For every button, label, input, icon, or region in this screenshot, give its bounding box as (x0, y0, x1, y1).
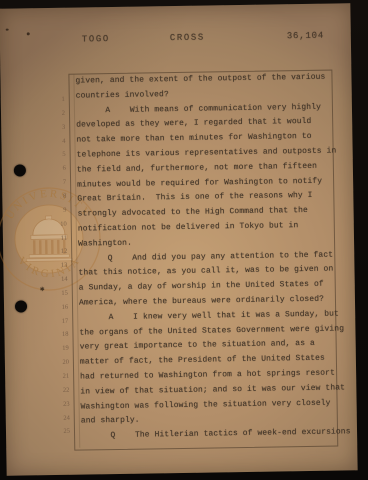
transcript-line: and sharply. (81, 416, 140, 428)
header-page-number: 36,104 (287, 31, 324, 42)
line-number: 18 (52, 331, 68, 338)
transcript-text-block: given, and the extent of the outpost of … (0, 3, 350, 9)
line-number: 25 (54, 428, 70, 435)
line-number: 2 (49, 110, 65, 117)
line-number: 15 (52, 290, 68, 297)
transcript-line: Washington. (78, 239, 132, 251)
line-number: 14 (52, 276, 68, 283)
scanner-background: TOGO CROSS 36,104 UNIVERSITY VIRGINIA (0, 0, 368, 480)
line-number: 21 (53, 373, 69, 380)
header-proceeding-type: CROSS (170, 33, 205, 44)
line-number: 19 (53, 345, 69, 352)
line-number: 23 (54, 400, 70, 407)
line-number: 1 (49, 96, 65, 103)
document-page: TOGO CROSS 36,104 UNIVERSITY VIRGINIA (0, 3, 358, 475)
line-number: 6 (50, 165, 66, 172)
line-number: 4 (49, 137, 65, 144)
punch-hole-bottom (15, 300, 27, 312)
line-number: 17 (52, 317, 68, 324)
line-number: 11 (51, 234, 67, 241)
line-number: 16 (52, 303, 68, 310)
line-number: 3 (49, 123, 65, 130)
line-number: 22 (53, 387, 69, 394)
line-number: 10 (51, 220, 67, 227)
line-number: 13 (51, 262, 67, 269)
line-number: 7 (50, 179, 66, 186)
pencil-asterisk-mark: ✱ (40, 286, 45, 293)
header-witness-name: TOGO (82, 34, 110, 44)
ink-speck (27, 32, 30, 35)
line-number: 24 (54, 414, 70, 421)
transcript-line: countries involved? (76, 90, 169, 102)
line-number: 8 (50, 193, 66, 200)
line-number: 9 (50, 207, 66, 214)
line-number: 20 (53, 359, 69, 366)
line-number: 5 (50, 151, 66, 158)
punch-hole-top (14, 164, 26, 176)
line-number-column: 1234567891011121314151617181920212223242… (0, 3, 350, 9)
line-number: 12 (51, 248, 67, 255)
ink-speck (6, 29, 9, 31)
